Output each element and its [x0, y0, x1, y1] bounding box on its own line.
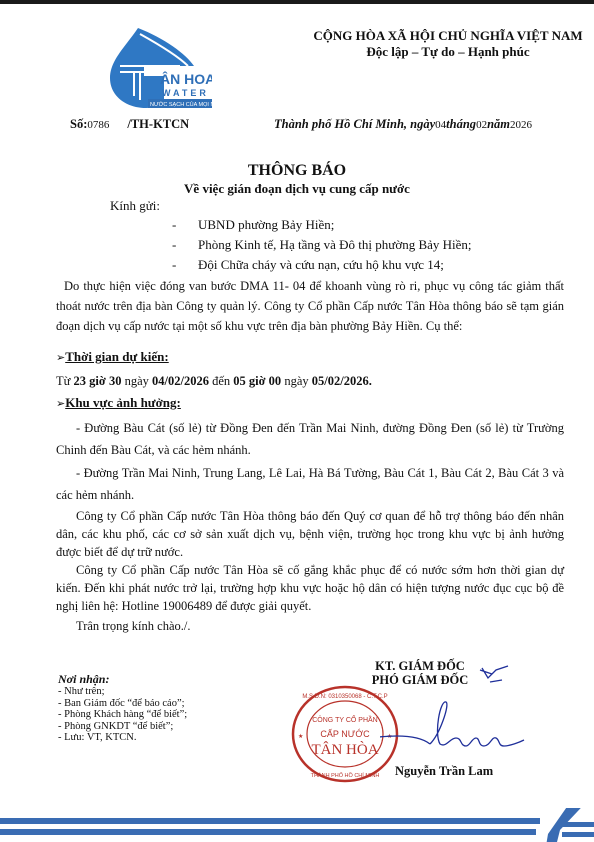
- recipient-item: -Phòng Kinh tế, Hạ tầng và Đô thị phường…: [172, 237, 472, 253]
- svg-text:CẤP NƯỚC: CẤP NƯỚC: [320, 729, 370, 739]
- document-page: ÂN HOA WATER NƯỚC SẠCH CỦA MỌI NHÀ CỘNG …: [0, 4, 594, 842]
- arrow-bullet-icon: ➢: [56, 398, 65, 410]
- svg-text:THÀNH PHỐ HỒ CHÍ MINH: THÀNH PHỐ HỒ CHÍ MINH: [311, 772, 380, 779]
- receiver-item: - Ban Giám đốc “để báo cáo”;: [58, 698, 187, 710]
- receiver-item: - Như trên;: [58, 686, 187, 698]
- nation-motto: Độc lập – Tự do – Hạnh phúc: [298, 44, 594, 60]
- svg-text:★: ★: [298, 733, 303, 740]
- footer-stripes: [0, 808, 594, 842]
- svg-text:NƯỚC SẠCH CỦA MỌI NHÀ: NƯỚC SẠCH CỦA MỌI NHÀ: [150, 101, 212, 108]
- greeting: Kính gửi:: [110, 198, 160, 214]
- national-header: CỘNG HÒA XÃ HỘI CHỦ NGHĨA VIỆT NAM Độc l…: [298, 28, 594, 60]
- recipient-item: -Đội Chữa cháy và cứu nạn, cứu hộ khu vự…: [172, 257, 444, 273]
- notice-paragraph: Công ty Cổ phần Cấp nước Tân Hòa thông b…: [56, 507, 564, 561]
- arrow-bullet-icon: ➢: [56, 352, 65, 364]
- svg-text:M.S.D.N: 0310350068 - C.T.C.P: M.S.D.N: 0310350068 - C.T.C.P: [302, 694, 387, 700]
- svg-text:CÔNG TY CỔ PHẦN: CÔNG TY CỔ PHẦN: [312, 714, 377, 724]
- time-detail: Từ 23 giờ 30 ngày 04/02/2026 đến 05 giờ …: [56, 372, 564, 390]
- place-date: Thành phố Hồ Chí Minh, ngày04tháng02năm2…: [274, 117, 532, 132]
- receiver-item: - Lưu: VT, KTCN.: [58, 732, 187, 744]
- svg-text:WATER: WATER: [162, 88, 209, 98]
- notice-paragraph: Công ty Cổ phần Cấp nước Tân Hòa sẽ cố g…: [56, 561, 564, 615]
- svg-text:TÂN HÒA: TÂN HÒA: [311, 741, 378, 758]
- signer-name: Nguyễn Trần Lam: [395, 764, 493, 779]
- document-title: THÔNG BÁO: [0, 162, 594, 180]
- receiver-item: - Phòng GNKDT “để biết”;: [58, 721, 187, 733]
- time-heading: ➢Thời gian dự kiến:: [56, 348, 564, 367]
- water-drop-logo-icon: ÂN HOA WATER NƯỚC SẠCH CỦA MỌI NHÀ: [108, 26, 212, 110]
- svg-text:ÂN HOA: ÂN HOA: [160, 70, 212, 87]
- closing: Trân trọng kính chào./.: [56, 617, 564, 635]
- handwritten-signature-icon: [380, 664, 530, 754]
- area-item: - Đường Trần Mai Ninh, Trung Lang, Lê La…: [56, 462, 564, 506]
- intro-paragraph: Do thực hiện việc đóng van bước DMA 11- …: [56, 276, 564, 336]
- nation-title: CỘNG HÒA XÃ HỘI CHỦ NGHĨA VIỆT NAM: [298, 28, 594, 44]
- recipient-item: -UBND phường Bảy Hiền;: [172, 217, 334, 233]
- area-heading: ➢Khu vực ảnh hưởng:: [56, 394, 564, 413]
- document-number: Số:0786/TH-KTCN: [70, 117, 189, 132]
- receiver-item: - Phòng Khách hàng “để biết”;: [58, 709, 187, 721]
- receivers-block: Nơi nhận: - Như trên; - Ban Giám đốc “để…: [58, 672, 187, 744]
- area-item: - Đường Bàu Cát (số lẻ) từ Đồng Đen đến …: [56, 417, 564, 461]
- document-subtitle: Về việc gián đoạn dịch vụ cung cấp nước: [0, 181, 594, 197]
